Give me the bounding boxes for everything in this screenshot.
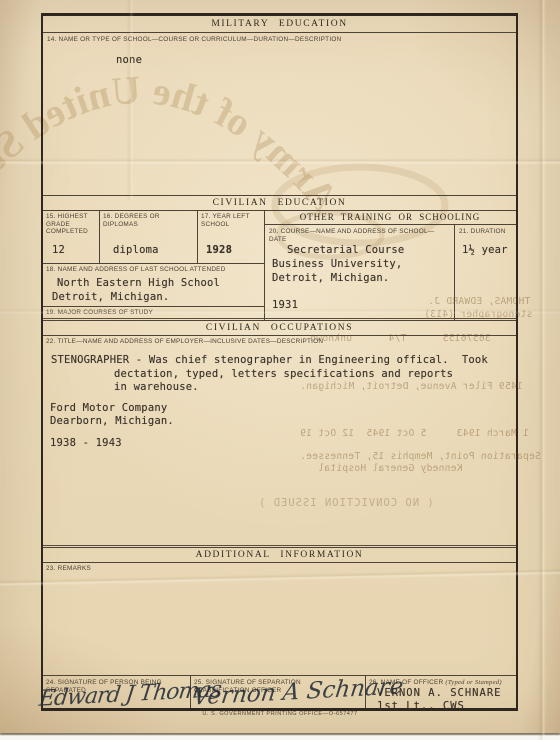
- field21-value: 1½ year: [462, 244, 508, 256]
- field20-value-line2: Business University,: [272, 258, 402, 270]
- section-header-civilian-occupations: CIVILIAN OCCUPATIONS: [43, 320, 516, 336]
- occupation-desc-line3: in warehouse.: [114, 381, 199, 393]
- occupation-desc-line1: STENOGRAPHER - Was chief stenographer in…: [51, 354, 488, 366]
- gpo-print-footer: U. S. GOVERNMENT PRINTING OFFICE—O-65747…: [0, 711, 560, 717]
- divider-line: [454, 225, 455, 320]
- field18-value-line2: Detroit, Michigan.: [52, 291, 169, 303]
- field17-label: 17. YEAR LEFT SCHOOL: [201, 213, 256, 228]
- field15-value: 12: [52, 244, 65, 256]
- field14-value: none: [116, 54, 142, 66]
- occupation-employer-line2: Dearborn, Michigan.: [50, 415, 174, 427]
- divider-line: [43, 306, 264, 307]
- field26-label-note: (Typed or Stamped): [445, 679, 501, 686]
- section-header-military-education: MILITARY EDUCATION: [43, 16, 516, 33]
- field18-value-line1: North Eastern High School: [57, 277, 220, 289]
- divider-line: [43, 263, 264, 264]
- section-header-additional-information: ADDITIONAL INFORMATION: [43, 547, 516, 563]
- section-header-civilian-education: CIVILIAN EDUCATION: [43, 195, 516, 211]
- field22-label: 22. TITLE—NAME AND ADDRESS OF EMPLOYER—I…: [46, 338, 486, 346]
- scanned-document: { "colors": { "paper": "#e9d8b6", "ink":…: [0, 0, 560, 740]
- separation-form: MILITARY EDUCATION 14. NAME OR TYPE OF S…: [41, 13, 518, 711]
- section-header-other-training: OTHER TRAINING OR SCHOOLING: [264, 210, 516, 225]
- field18-label: 18. NAME AND ADDRESS OF LAST SCHOOL ATTE…: [46, 266, 261, 274]
- occupation-desc-line2: dectation, typed, letters specifications…: [114, 368, 453, 380]
- aged-paper-background: Army of the United States THOMAS, EDWARD…: [0, 0, 560, 733]
- field20-value-line4: 1931: [272, 299, 298, 311]
- field20-value-line1: Secretarial Course: [287, 244, 404, 256]
- field21-label: 21. DURATION: [459, 228, 513, 236]
- field16-label: 16. DEGREES OR DIPLOMAS: [103, 213, 193, 228]
- field14-label: 14. NAME OR TYPE OF SCHOOL—COURSE OR CUR…: [47, 36, 487, 44]
- divider-line: [264, 210, 265, 320]
- occupation-employer-line1: Ford Motor Company: [50, 402, 167, 414]
- field20-value-line3: Detroit, Michigan.: [272, 272, 389, 284]
- field23-label: 23. REMARKS: [46, 565, 246, 573]
- divider-line: [99, 210, 100, 263]
- occupation-dates: 1938 - 1943: [50, 437, 122, 449]
- field15-label: 15. HIGHEST GRADE COMPLETED: [46, 213, 94, 236]
- field17-value: 1928: [206, 244, 232, 256]
- field19-label: 19. MAJOR COURSES OF STUDY: [46, 309, 261, 317]
- divider-line: [197, 210, 198, 263]
- field20-label: 20. COURSE—NAME AND ADDRESS OF SCHOOL—DA…: [269, 228, 449, 243]
- divider-line: [43, 675, 516, 676]
- field16-value: diploma: [113, 244, 159, 256]
